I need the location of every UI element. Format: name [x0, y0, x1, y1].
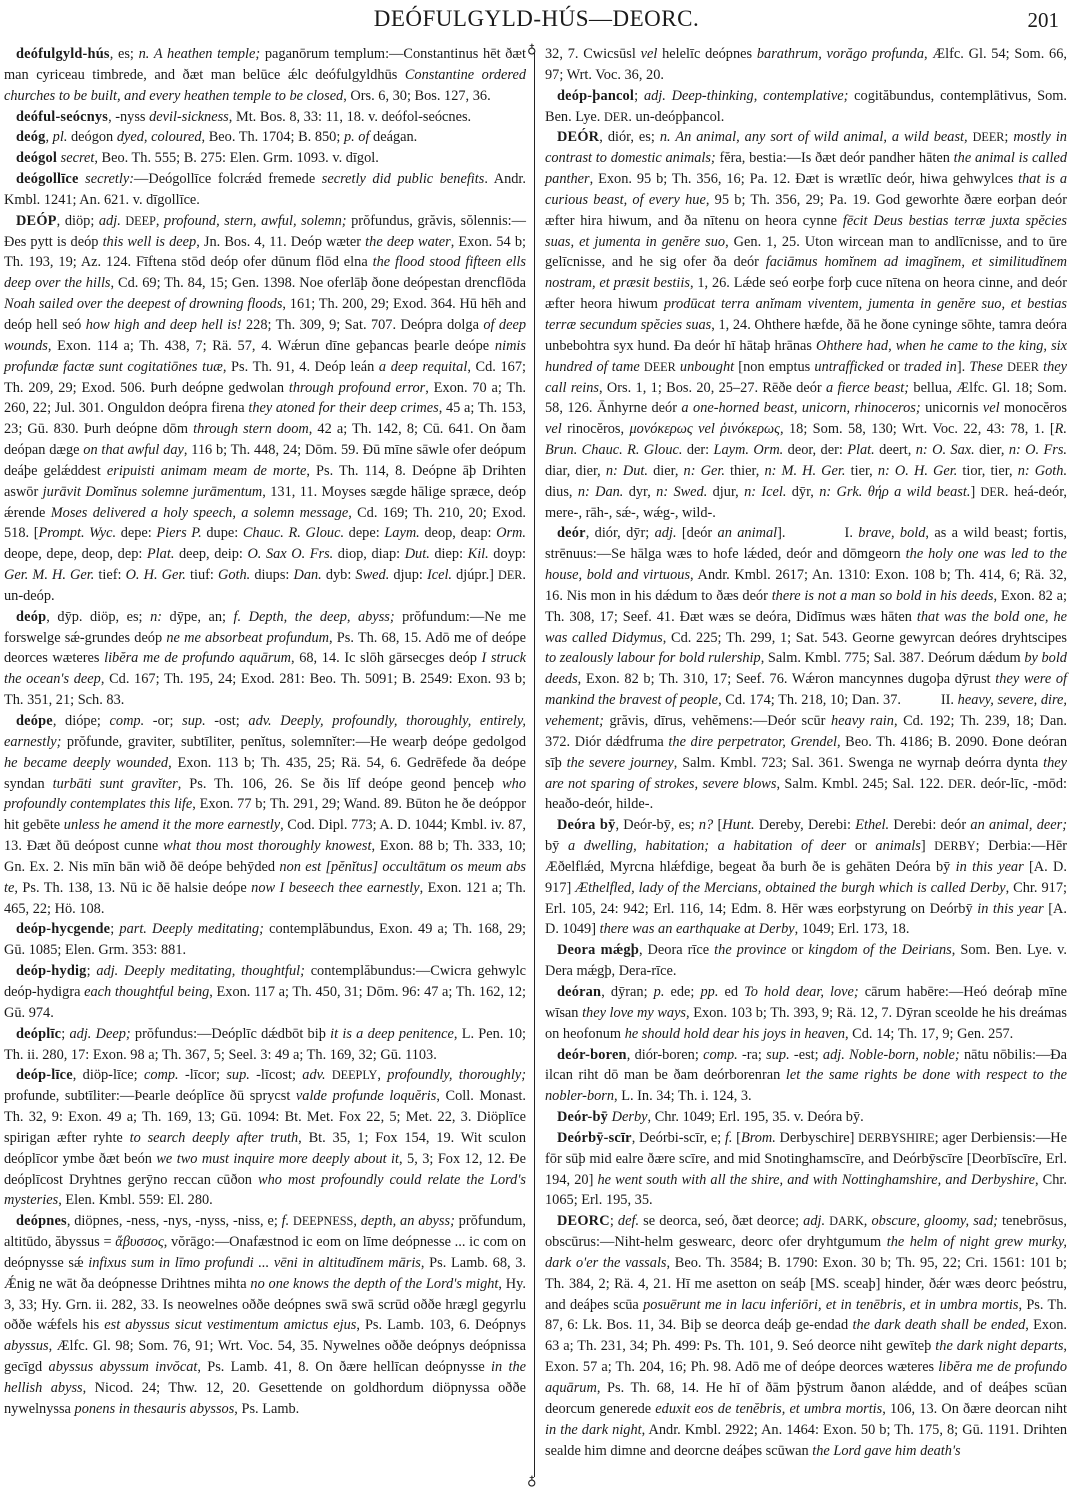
running-head: DEÓFULGYLD-HÚS—DEORC. 201 — [0, 4, 1073, 34]
dictionary-entry: deópe, diópe; comp. -or; sup. -ost; adv.… — [4, 711, 526, 919]
ornament-top-icon: ♁ — [527, 42, 537, 55]
dictionary-entry: Deora mǽgþ, Deora rīce the province or k… — [545, 940, 1067, 982]
entry-body: , diöpnes, -ness, -nys, -nyss, -niss, e;… — [4, 1213, 526, 1417]
column-divider — [534, 52, 535, 1477]
entry-body: , -nyss devil-sickness, Mt. Bos. 8, 33: … — [108, 109, 471, 125]
headword: deóran — [557, 984, 601, 1000]
headword: DEÓP — [16, 213, 57, 229]
headword: Deórbȳ-scīr — [557, 1130, 632, 1146]
headword: deóp-þancol — [557, 88, 634, 104]
dictionary-entry: deóp-līce, diöp-līce; comp. -līcor; sup.… — [4, 1065, 526, 1211]
entry-body: secretly:—Deógollīce folcrǽd fremede sec… — [4, 171, 526, 208]
right-column: 32, 7. Cwicsūsl vel helelīc deópnes bara… — [545, 44, 1067, 1461]
dictionary-entry: deóg, pl. deógon dyed, coloured, Beo. Th… — [4, 127, 526, 148]
dictionary-entry: 32, 7. Cwicsūsl vel helelīc deópnes bara… — [545, 44, 1067, 86]
dictionary-entry: Deór-bȳ Derby, Chr. 1049; Erl. 195, 35. … — [545, 1107, 1067, 1128]
headword: Deora mǽgþ — [557, 942, 639, 958]
entry-body: , diór, es; n. An animal, any sort of wi… — [545, 129, 1067, 520]
dictionary-entry: deóp-hycgende; part. Deeply meditating; … — [4, 919, 526, 961]
headword: DEÓR — [557, 129, 599, 145]
headword: deór-boren — [557, 1047, 627, 1063]
dictionary-entry: deóp-þancol; adj. Deep-thinking, contemp… — [545, 86, 1067, 128]
dictionary-entry: deógol secret, Beo. Th. 555; B. 275: Ele… — [4, 148, 526, 169]
entry-body: , diópe; comp. -or; sup. -ost; adv. Deep… — [4, 713, 526, 917]
dictionary-entry: DEORC; def. se deorca, seó, ðæt deorce; … — [545, 1211, 1067, 1461]
headword: deópe — [16, 713, 53, 729]
headword: deófulgyld-hús — [16, 46, 110, 62]
headword: deóg — [16, 129, 46, 145]
left-column: deófulgyld-hús, es; n. A heathen temple;… — [4, 44, 526, 1420]
dictionary-entry: Deóra bȳ, Deór-bȳ, es; n? [Hunt. Dereby,… — [545, 815, 1067, 940]
dictionary-entry: deópnes, diöpnes, -ness, -nys, -nyss, -n… — [4, 1211, 526, 1419]
dictionary-page: DEÓFULGYLD-HÚS—DEORC. 201 deófulgyld-hús… — [0, 0, 1073, 1500]
page-number: 201 — [1028, 8, 1060, 33]
dictionary-entry: deóp, dȳp. diöp, es; n: dȳpe, an; f. Dep… — [4, 607, 526, 711]
headword: deóp-hydig — [16, 963, 87, 979]
entry-body: , diór, dȳr; adj. [deór an animal]. I. b… — [545, 525, 1067, 812]
dictionary-entry: deófulgyld-hús, es; n. A heathen temple;… — [4, 44, 526, 107]
headword: DEORC — [557, 1213, 610, 1229]
dictionary-entry: deóful-seócnys, -nyss devil-sickness, Mt… — [4, 107, 526, 128]
dictionary-entry: DEÓR, diór, es; n. An animal, any sort o… — [545, 127, 1067, 523]
headword: Deór-bȳ — [557, 1109, 608, 1125]
headword: deóplīc — [16, 1026, 61, 1042]
dictionary-entry: deóran, dȳran; p. ede; pp. ed To hold de… — [545, 982, 1067, 1045]
headword: deóful-seócnys — [16, 109, 108, 125]
running-title: DEÓFULGYLD-HÚS—DEORC. — [0, 6, 1073, 32]
entry-body: , dȳp. diöp, es; n: dȳpe, an; f. Depth, … — [4, 609, 526, 708]
dictionary-entry: deóp-hydig; adj. Deeply meditating, thou… — [4, 961, 526, 1024]
entry-body: secret, Beo. Th. 555; B. 275: Elen. Grm.… — [57, 150, 379, 166]
headword: deóp-hycgende — [16, 921, 110, 937]
dictionary-entry: deógollīce secretly:—Deógollīce folcrǽd … — [4, 169, 526, 211]
dictionary-entry: deór, diór, dȳr; adj. [deór an animal]. … — [545, 523, 1067, 815]
ornament-bottom-icon: ♁ — [527, 1474, 537, 1487]
headword: deógol — [16, 150, 57, 166]
dictionary-entry: deóplīc; adj. Deep; prŏfundus:—Deóplīc d… — [4, 1024, 526, 1066]
headword: deógollīce — [16, 171, 79, 187]
entry-body: , Deór-bȳ, es; n? [Hunt. Dereby, Derebi:… — [545, 817, 1067, 937]
entry-body: , diöp-līce; comp. -līcor; sup. -līcost;… — [4, 1067, 526, 1208]
entry-body: , dȳran; p. ede; pp. ed To hold dear, lo… — [545, 984, 1067, 1042]
entry-body: , diöp; adj. DEEP, profound, stern, awfu… — [4, 213, 526, 604]
two-column-body: deófulgyld-hús, es; n. A heathen temple;… — [4, 44, 1069, 1492]
entry-body: ; adj. Deep; prŏfundus:—Deóplīc dǽdbōt b… — [4, 1026, 526, 1063]
headword: deóp — [16, 609, 46, 625]
entry-body: , pl. deógon dyed, coloured, Beo. Th. 17… — [46, 129, 418, 145]
entry-body: 32, 7. Cwicsūsl vel helelīc deópnes bara… — [545, 46, 1067, 83]
dictionary-entry: DEÓP, diöp; adj. DEEP, profound, stern, … — [4, 211, 526, 607]
headword: Deóra bȳ — [557, 817, 615, 833]
headword: deór — [557, 525, 586, 541]
entry-body: Derby, Chr. 1049; Erl. 195, 35. v. Deóra… — [608, 1109, 864, 1125]
entry-body: ; def. se deorca, seó, ðæt deorce; adj. … — [545, 1213, 1067, 1458]
dictionary-entry: deór-boren, diór-boren; comp. -ra; sup. … — [545, 1045, 1067, 1108]
dictionary-entry: Deórbȳ-scīr, Deórbi-scīr, e; f. [Brom. D… — [545, 1128, 1067, 1211]
headword: deóp-līce — [16, 1067, 73, 1083]
headword: deópnes — [16, 1213, 67, 1229]
